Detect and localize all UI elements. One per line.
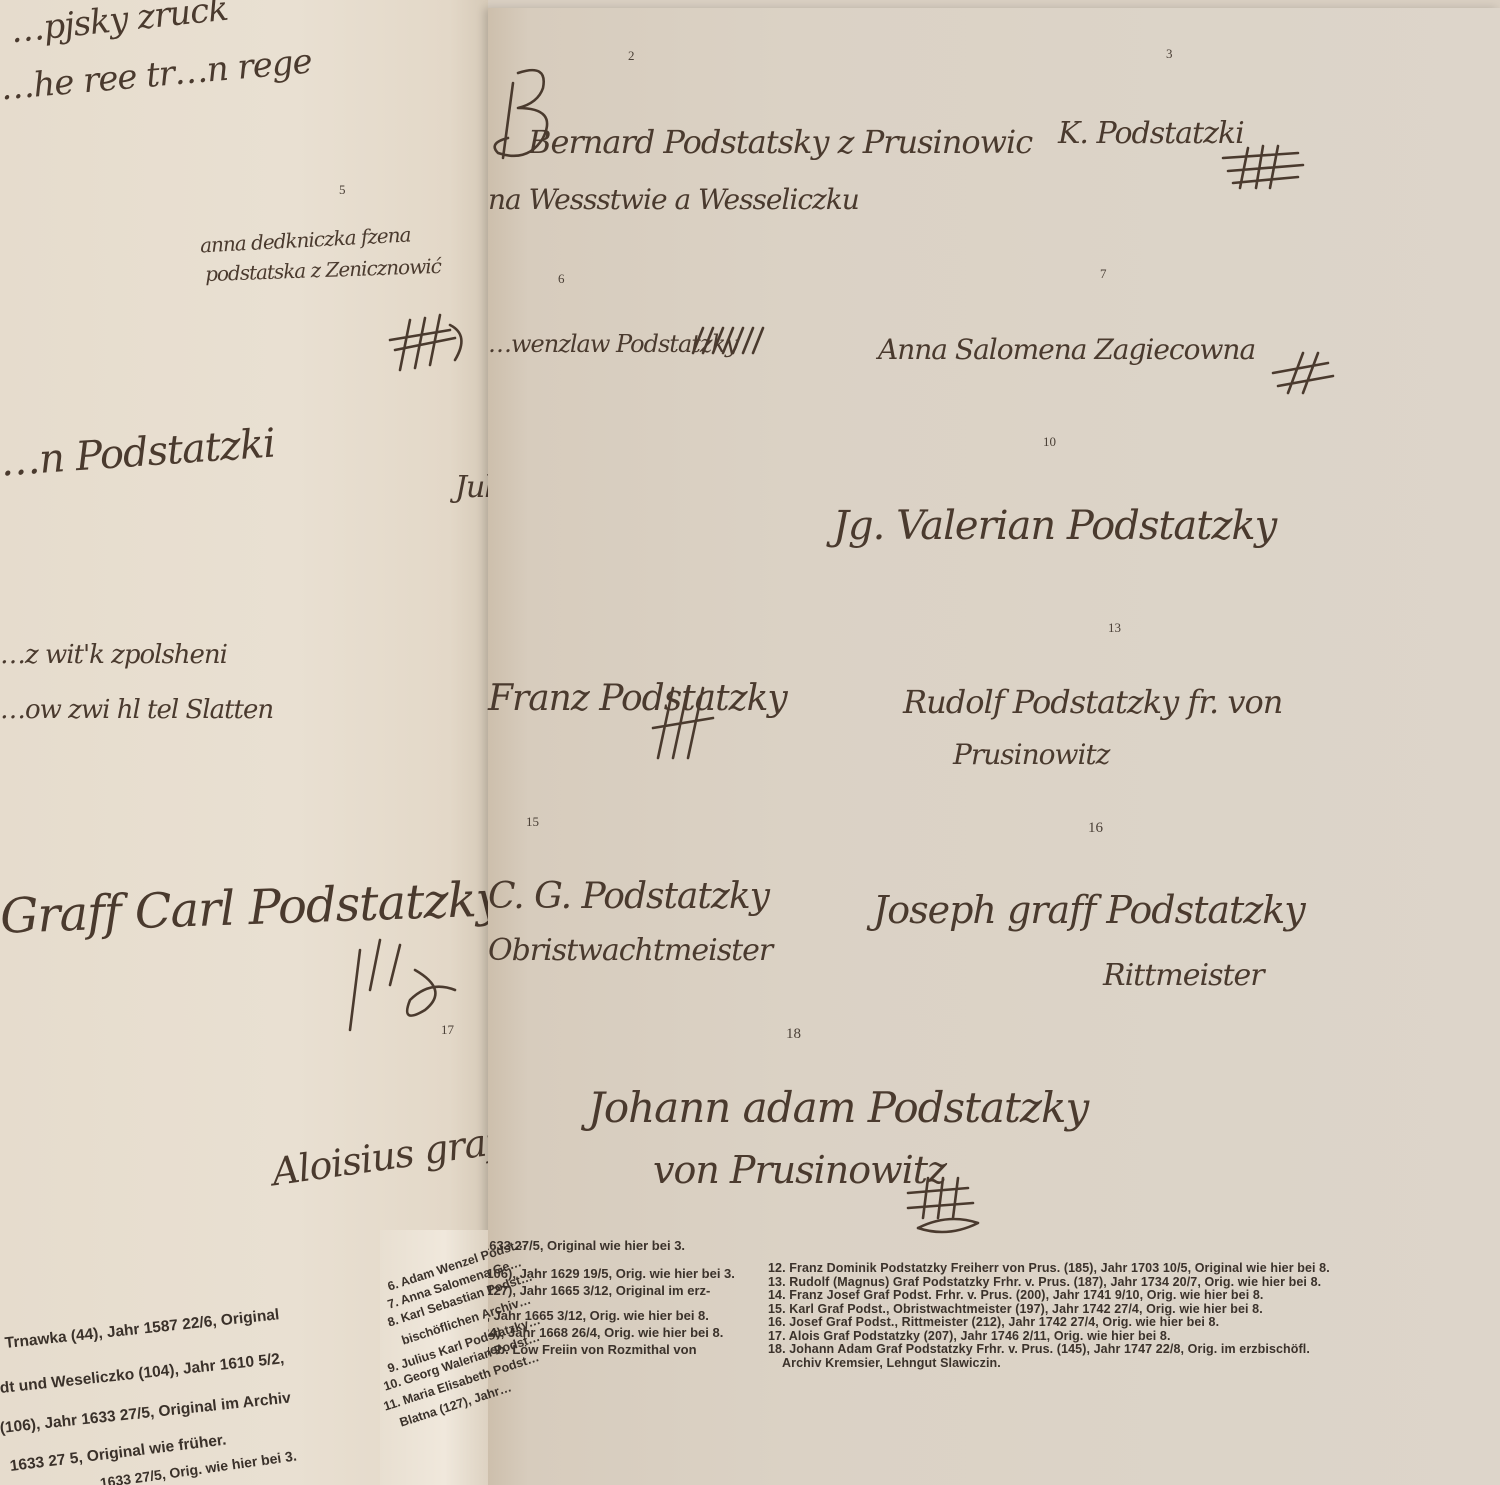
left-caption-line-2: dt und Weseliczko (104), Jahr 1610 5/2, <box>0 1350 285 1398</box>
signature-13-line-1: Rudolf Podstatzky fr. von <box>903 683 1282 721</box>
signature-fragment-podstatzki: …n Podstatzki <box>0 420 276 485</box>
figure-number-3: 3 <box>1166 46 1173 62</box>
caption-item: Archiv Kremsier, Lehngut Slawiczin. <box>768 1357 1330 1371</box>
caption-item: 14. Franz Josef Graf Podst. Frhr. v. Pru… <box>768 1289 1330 1303</box>
caption-item: 17. Alois Graf Podstatzky (207), Jahr 17… <box>768 1330 1330 1344</box>
signature-paraph-icon <box>648 678 718 768</box>
figure-number-10: 10 <box>1043 434 1056 450</box>
signature-fragment-top-1: …pjsky zruck <box>9 0 230 51</box>
signature-16-line-2: Rittmeister <box>1103 958 1264 993</box>
figure-number-7: 7 <box>1100 266 1107 282</box>
signature-5-line-1: anna dedkniczka fzena <box>200 223 411 258</box>
figure-number-18: 18 <box>786 1026 801 1043</box>
signature-16-line-1: Joseph graff Podstatzky <box>873 888 1305 932</box>
figure-number-6: 6 <box>558 271 565 287</box>
figure-number-17: 17 <box>441 1022 454 1038</box>
caption-item: 16. Josef Graf Podst., Rittmeister (212)… <box>768 1316 1330 1330</box>
figure-number-5: 5 <box>339 182 346 198</box>
figure-number-13: 13 <box>1108 620 1121 636</box>
signature-flourish-icon <box>380 300 480 380</box>
signature-13-line-2: Prusinowitz <box>953 738 1109 771</box>
signature-15-line-1: C. G. Podstatzky <box>488 876 769 917</box>
signature-15-line-2: Obristwachtmeister <box>488 933 772 968</box>
signature-fragment-line-b: …ow zwi hl tel Slatten <box>0 695 273 725</box>
caption-item: 15. Karl Graf Podst., Obristwachtmeister… <box>768 1303 1330 1317</box>
curled-page-corner: 6. Adam Wenzel Podst… 7. Anna Salomena G… <box>380 1230 488 1485</box>
right-page: 2 Bernard Podstatsky z Prusinowic na Wes… <box>488 8 1500 1485</box>
signature-2-line-1: Bernard Podstatsky z Prusinowic <box>528 123 1032 161</box>
signature-paraph-icon <box>898 1173 988 1243</box>
signature-fragment-line-a: …z wit'k zpolsheni <box>0 640 227 670</box>
caption-item: 13. Rudolf (Magnus) Graf Podstatzky Frhr… <box>768 1276 1330 1290</box>
signature-hatching-icon <box>688 323 768 363</box>
signature-3: K. Podstatzki <box>1058 116 1244 151</box>
caption-item: 18. Johann Adam Graf Podstatzky Frhr. v.… <box>768 1343 1330 1357</box>
figure-number-2: 2 <box>628 48 635 64</box>
signature-5-line-2: podstatska z Zenicznowić <box>205 254 442 286</box>
signature-14: Franz Podstatzky <box>488 678 787 719</box>
left-caption-line-1: Trnawka (44), Jahr 1587 22/6, Original <box>4 1306 280 1353</box>
signature-10: Jg. Valerian Podstatzky <box>833 503 1276 549</box>
caption-item: 12. Franz Dominik Podstatzky Freiherr vo… <box>768 1262 1330 1276</box>
signature-paraph-icon <box>1218 143 1308 193</box>
figure-number-15: 15 <box>526 814 539 830</box>
signature-7: Anna Salomena Zagiecowna <box>878 333 1255 366</box>
figure-number-16: 16 <box>1088 820 1103 837</box>
signature-fragment-top-2: …he ree tr…n rege <box>0 41 313 108</box>
signature-18-line-1: Johann adam Podstatzky <box>588 1083 1088 1132</box>
signature-2-line-2: na Wessstwie a Wesseliczku <box>488 183 859 216</box>
left-caption-line-3: (106), Jahr 1633 27/5, Original im Archi… <box>0 1389 292 1437</box>
signature-paraph-icon <box>1268 348 1338 398</box>
caption-list: 12. Franz Dominik Podstatzky Freiherr vo… <box>768 1262 1330 1370</box>
